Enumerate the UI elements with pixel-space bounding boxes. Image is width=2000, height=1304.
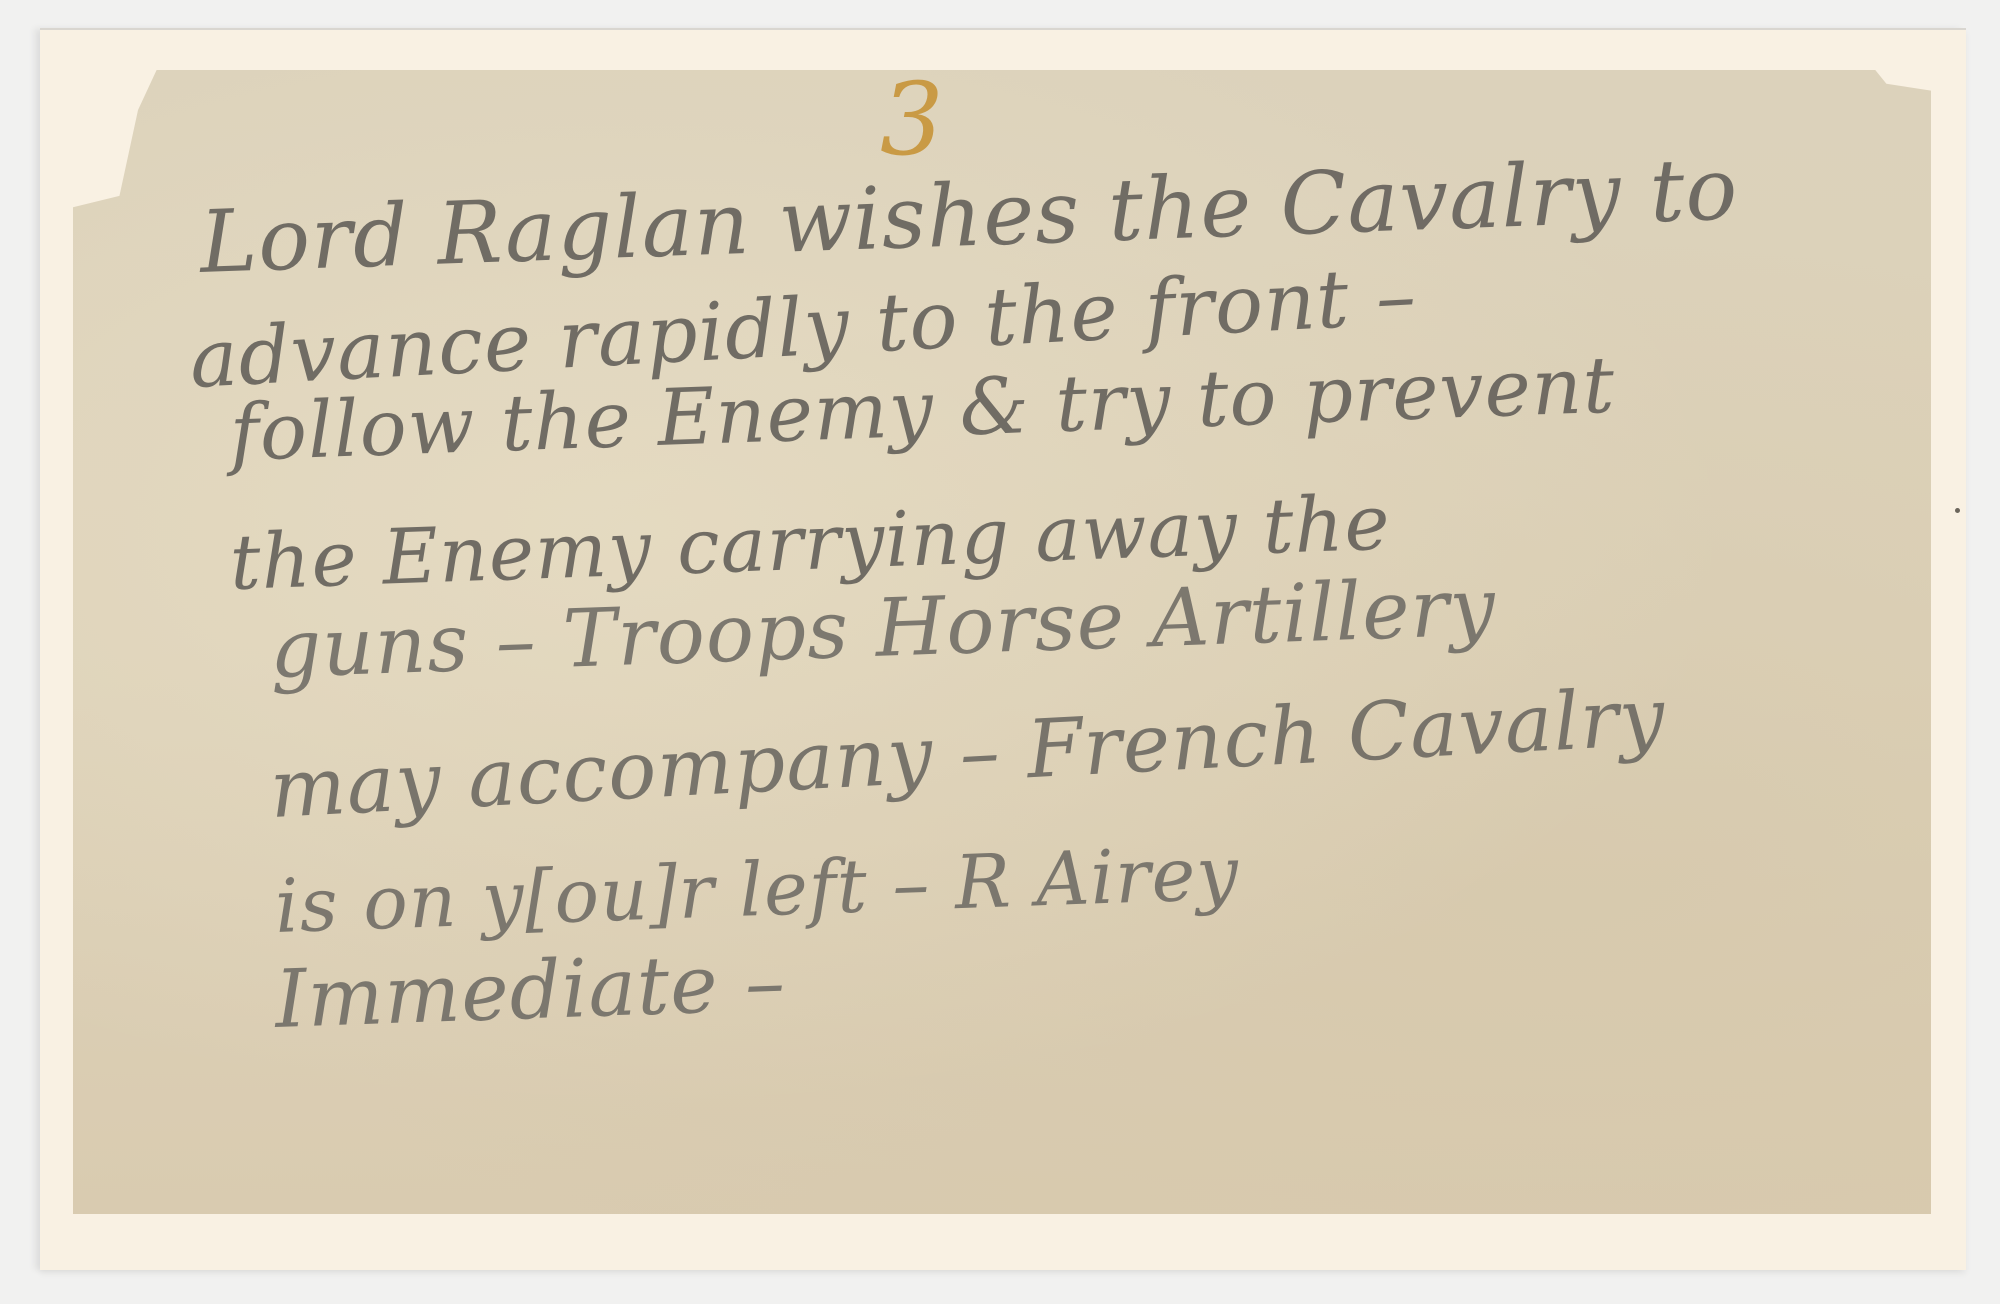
mount-speck (1955, 508, 1960, 513)
handwritten-line-8-immediate: Immediate – (274, 942, 788, 1040)
page-number: 3 (880, 70, 944, 170)
